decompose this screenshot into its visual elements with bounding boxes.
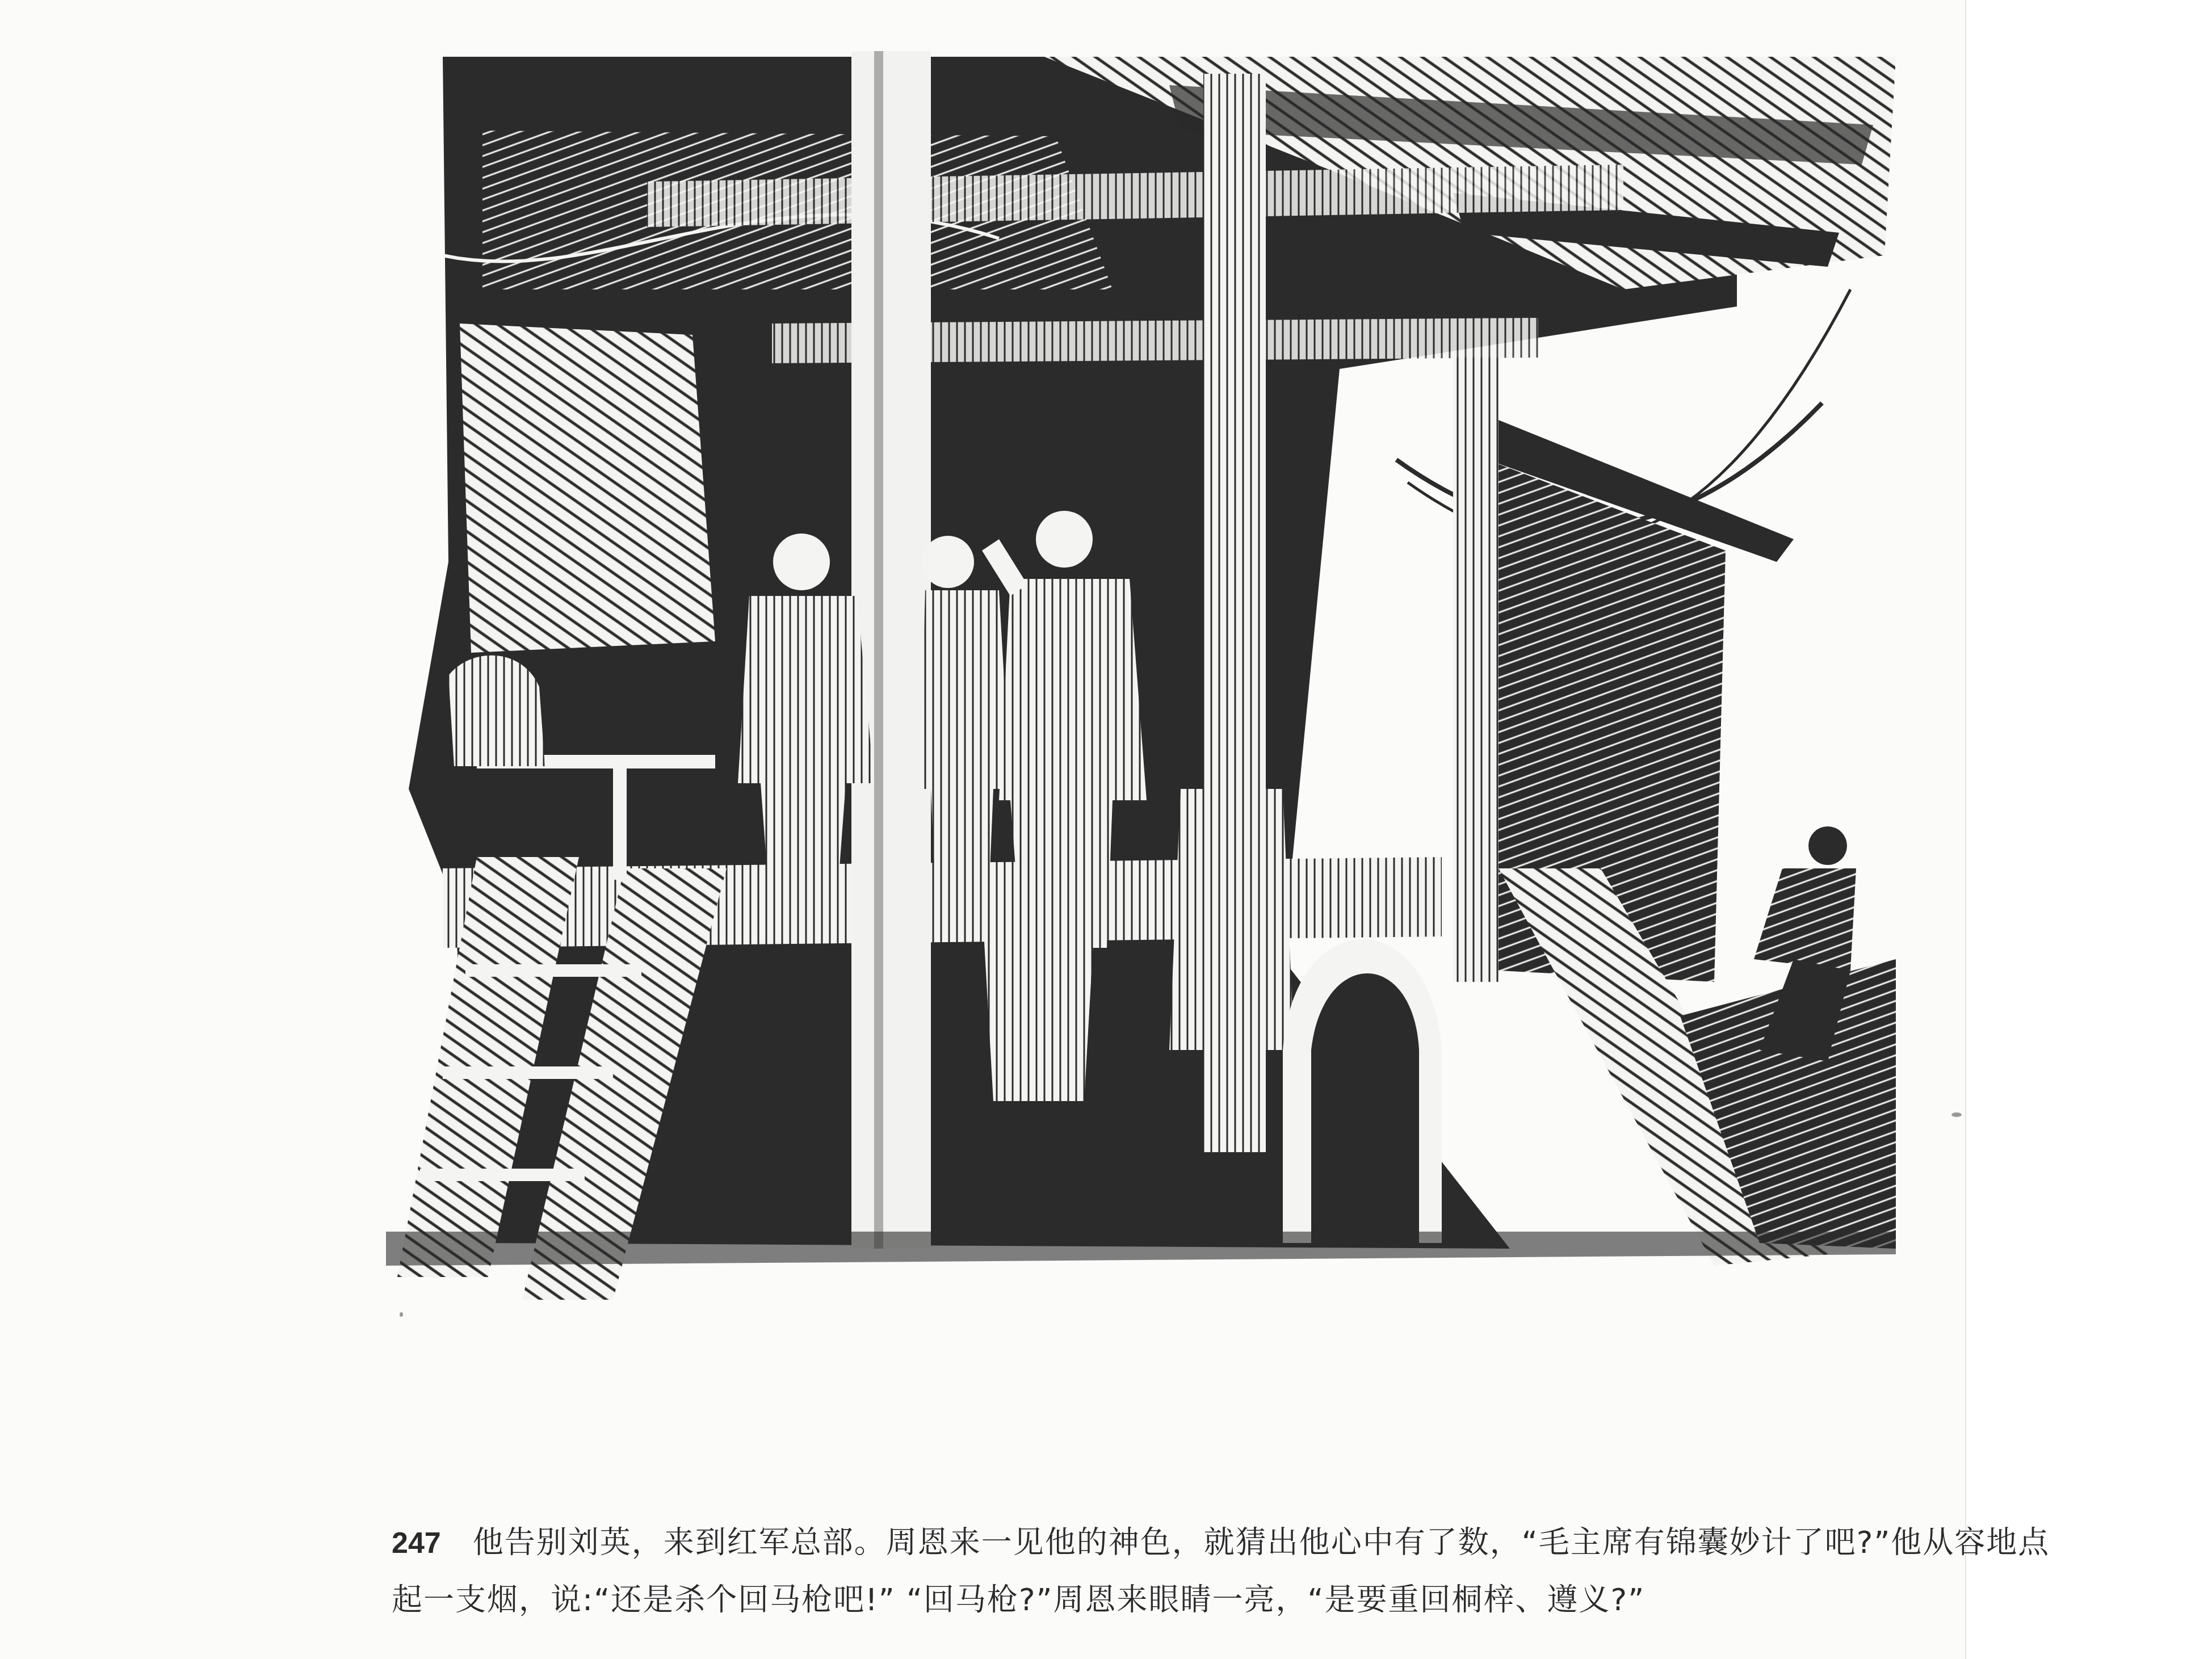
- print-speck: [1951, 1112, 1962, 1117]
- woodcut-illustration: [375, 51, 1896, 1322]
- caption: 247他告别刘英，来到红军总部。周恩来一见他的神色，就猜出他心中有了数，“毛主席…: [392, 1514, 1879, 1628]
- book-page: 247他告别刘英，来到红军总部。周恩来一见他的神色，就猜出他心中有了数，“毛主席…: [0, 0, 1966, 1659]
- page-number: 247: [392, 1527, 441, 1560]
- caption-text-1: 他告别刘英，来到红军总部。周恩来一见他的神色，就猜出他心中有了数，“毛主席有锦囊…: [473, 1524, 2050, 1560]
- caption-text-2: 起一支烟，说:“还是杀个回马枪吧!” “回马枪?”周恩来眼睛一亮，“是要重回桐梓…: [392, 1582, 1645, 1618]
- caption-line-1: 247他告别刘英，来到红军总部。周恩来一见他的神色，就猜出他心中有了数，“毛主席…: [392, 1514, 1879, 1572]
- caption-line-2: 起一支烟，说:“还是杀个回马枪吧!” “回马枪?”周恩来眼睛一亮，“是要重回桐梓…: [392, 1572, 1879, 1628]
- print-speck: [400, 1312, 403, 1317]
- illustration-svg: [375, 51, 1896, 1322]
